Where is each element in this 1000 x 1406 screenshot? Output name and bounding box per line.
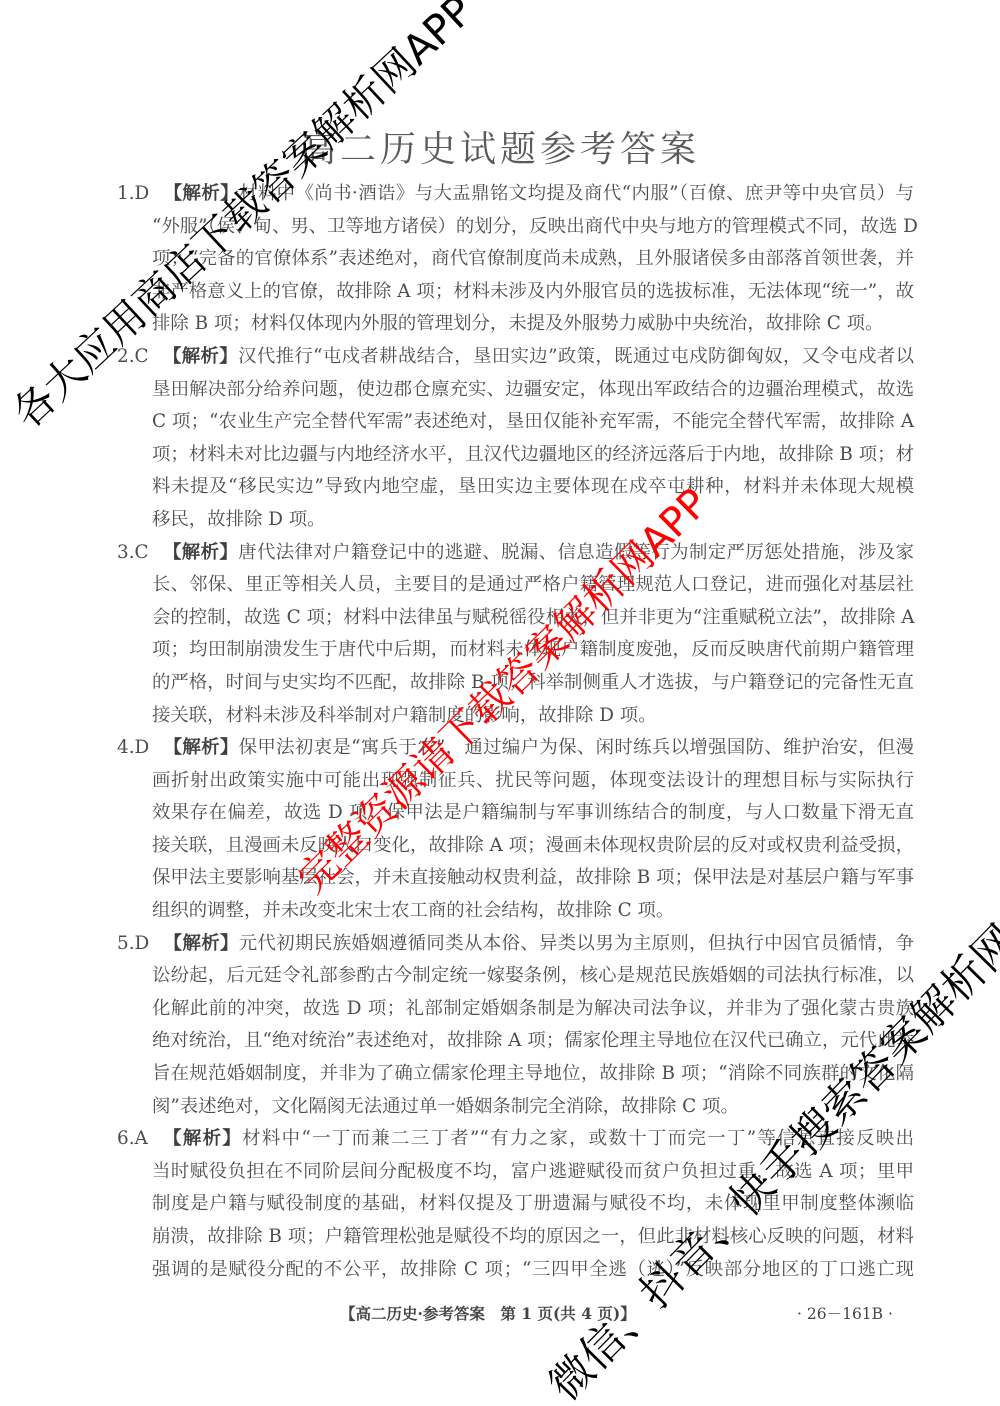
answer-line: 项；“完备的官僚体系”表述绝对，商代官僚制度尚未成熟，且外服诸侯多由部落首领世袭… [117, 243, 914, 276]
answer-line: 当时赋役负担在不同阶层间分配极度不均，富户逃避赋役而贫户负担过重，故选 A 项；… [117, 1156, 914, 1189]
answer-line: 崩溃，故排除 B 项；户籍管理松弛是赋役不均的原因之一，但此非材料核心反映的问题… [117, 1221, 914, 1254]
answer-item-6: 6.A【解析】材料中“一丁而兼二三丁者”“有力之家，或数十丁而完一丁”等信息直接… [117, 1123, 914, 1286]
analysis-tag: 【解析】 [163, 737, 238, 758]
answer-line: 垦田解决部分给养问题，使边郡仓廪充实、边疆安定，体现出军政结合的边疆治理模式，故… [117, 374, 914, 407]
answer-line: 料未提及“移民实边”导致内地空虚，垦田实边主要体现在戍卒屯耕种，材料并未体现大规… [117, 471, 914, 504]
question-number: 3.C [117, 537, 149, 570]
answer-line: 旨在规范婚姻制度，并非为了确立儒家伦理主导地位，故排除 B 项；“消除不同族群的… [117, 1058, 914, 1091]
answer-line: 保甲法主要影响基层社会，并未直接触动权贵利益，故排除 B 项；保甲法是对基层户籍… [117, 862, 914, 895]
answer-line: 接关联，材料未涉及科举制对户籍制度的影响，故排除 D 项。 [117, 700, 914, 733]
question-number: 6.A [117, 1123, 148, 1156]
answer-item-4: 4.D【解析】保甲法初衷是“寓兵于农”，通过编户为保、闲时练兵以增强国防、维护治… [117, 732, 914, 928]
analysis-tag: 【解析】 [162, 1128, 242, 1149]
answer-line: 非严格意义上的官僚，故排除 A 项；材料未涉及内外服官员的选拔标准，无法体现“统… [117, 276, 914, 309]
answers-list: 1.D【解析】材料中《尚书·酒诰》与大盂鼎铭文均提及商代“内服”（百僚、庶尹等中… [117, 178, 914, 1286]
answer-line: 3.C【解析】唐代法律对户籍登记中的逃避、脱漏、信息造假等行为制定严厉惩处措施，… [117, 537, 914, 570]
answer-line: 移民，故排除 D 项。 [117, 504, 914, 537]
answer-line: 组织的调整，并未改变北宋士农工商的社会结构，故排除 C 项。 [117, 895, 914, 928]
answer-line: 效果存在偏差，故选 D 项；保甲法是户籍编制与军事训练结合的制度，与人口数量下滑… [117, 797, 914, 830]
question-number: 4.D [117, 732, 149, 765]
answer-line: 接关联，且漫画未反映人口变化，故排除 A 项；漫画未体现权贵阶层的反对或权贵利益… [117, 830, 914, 863]
answer-item-1: 1.D【解析】材料中《尚书·酒诰》与大盂鼎铭文均提及商代“内服”（百僚、庶尹等中… [117, 178, 914, 341]
answer-line: 阂”表述绝对，文化隔阂无法通过单一婚姻条制完全消除，故排除 C 项。 [117, 1091, 914, 1124]
answer-line: “外服”（侯、甸、男、卫等地方诸侯）的划分，反映出商代中央与地方的管理模式不同，… [117, 211, 914, 244]
answer-line: 画折射出政策实施中可能出现强制征兵、扰民等问题，体现变法设计的理想目标与实际执行 [117, 765, 914, 798]
question-number: 5.D [117, 928, 149, 961]
answer-line: 绝对统治，且“绝对统治”表述绝对，故排除 A 项；儒家伦理主导地位在汉代已确立，… [117, 1025, 914, 1058]
answer-item-5: 5.D【解析】元代初期民族婚姻遵循同类从本俗、异类以男为主原则，但执行中因官员循… [117, 928, 914, 1124]
answer-line: 排除 B 项；材料仅体现内外服的管理划分，未提及外服势力威胁中央统治，故排除 C… [117, 308, 914, 341]
answer-line: 2.C【解析】汉代推行“屯戍者耕战结合，垦田实边”政策，既通过屯戍防御匈奴，又令… [117, 341, 914, 374]
analysis-tag: 【解析】 [163, 346, 238, 367]
answer-item-3: 3.C【解析】唐代法律对户籍登记中的逃避、脱漏、信息造假等行为制定严厉惩处措施，… [117, 537, 914, 733]
page-title: 高二历史试题参考答案 [0, 121, 1000, 172]
page-footer-label: 【高二历史·参考答案 第 1 页(共 4 页)】 [340, 1302, 636, 1324]
answer-line: 长、邻保、里正等相关人员，主要目的是通过严格户籍管理规范人口登记，进而强化对基层… [117, 569, 914, 602]
answer-line: 项；材料未对比边疆与内地经济水平，且汉代边疆地区的经济远落后于内地，故排除 B … [117, 439, 914, 472]
answer-sheet-page: 高二历史试题参考答案 1.D【解析】材料中《尚书·酒诰》与大盂鼎铭文均提及商代“… [0, 0, 1000, 1406]
answer-line: 强调的是赋役分配的不公平，故排除 C 项；“三四甲全逃（逃）”反映部分地区的丁口… [117, 1254, 914, 1287]
answer-line: 讼纷起，后元廷令礼部参酌古今制定统一嫁娶条例，核心是规范民族婚姻的司法执行标准，… [117, 960, 914, 993]
answer-item-2: 2.C【解析】汉代推行“屯戍者耕战结合，垦田实边”政策，既通过屯戍防御匈奴，又令… [117, 341, 914, 537]
answer-line: 1.D【解析】材料中《尚书·酒诰》与大盂鼎铭文均提及商代“内服”（百僚、庶尹等中… [117, 178, 914, 211]
question-number: 2.C [117, 341, 149, 374]
answer-line: 6.A【解析】材料中“一丁而兼二三丁者”“有力之家，或数十丁而完一丁”等信息直接… [117, 1123, 914, 1156]
analysis-tag: 【解析】 [163, 933, 238, 954]
question-number: 1.D [117, 178, 149, 211]
answer-line: 项；均田制崩溃发生于唐代中后期，而材料未体现户籍制度废弛，反而反映唐代前期户籍管… [117, 634, 914, 667]
analysis-tag: 【解析】 [163, 183, 239, 204]
answer-line: 会的控制，故选 C 项；材料中法律虽与赋税徭役相关，但并非更为“注重赋税立法”，… [117, 602, 914, 635]
page-footer-code: · 26－161B · [797, 1302, 893, 1324]
answer-line: 化解此前的冲突，故选 D 项；礼部制定婚姻条制是为解决司法争议，并非为了强化蒙古… [117, 993, 914, 1026]
answer-line: C 项；“农业生产完全替代军需”表述绝对，垦田仅能补充军需，不能完全替代军需，故… [117, 406, 914, 439]
analysis-tag: 【解析】 [163, 542, 239, 563]
answer-line: 的严格，时间与史实均不匹配，故排除 B 项；科举制侧重人才选拔，与户籍登记的完备… [117, 667, 914, 700]
answer-line: 4.D【解析】保甲法初衷是“寓兵于农”，通过编户为保、闲时练兵以增强国防、维护治… [117, 732, 914, 765]
answer-line: 5.D【解析】元代初期民族婚姻遵循同类从本俗、异类以男为主原则，但执行中因官员循… [117, 928, 914, 961]
answer-line: 制度是户籍与赋役制度的基础，材料仅提及丁册遗漏与赋役不均，未体现里甲制度整体濒临 [117, 1188, 914, 1221]
